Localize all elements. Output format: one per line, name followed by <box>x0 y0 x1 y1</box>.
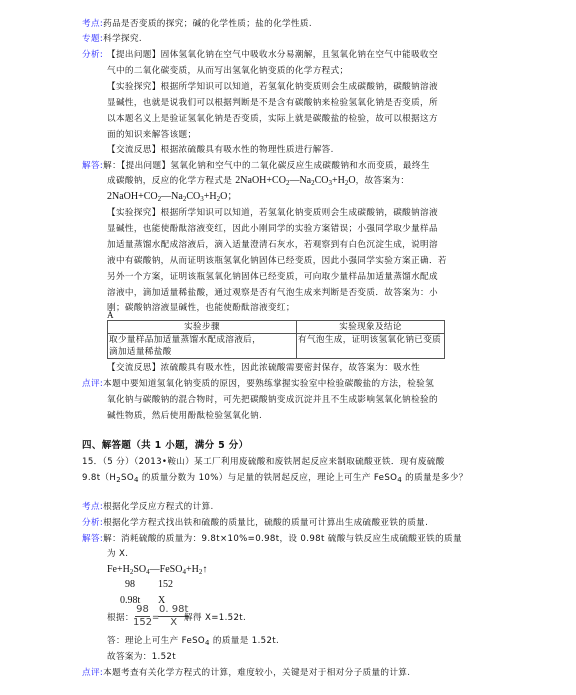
fenxi-line: 【交流反思】根据浓硫酸具有吸水性的物理性质进行解答. <box>107 144 334 156</box>
table-header-row: 实验步骤 实验现象及结论 <box>108 321 445 334</box>
fenxi-text: 根据化学方程式找出铁和硫酸的质量比，硫酸的质量可计算出生成硫酸亚铁的质量. <box>103 518 428 528</box>
dianping-text: 本题考查有关化学方程式的计算，难度较小，关键是对于相对分子质量的计算. <box>103 668 410 678</box>
experiment-table: 实验步骤 实验现象及结论 取少量样品加适量蒸馏水配成溶液后， 滴加适量稀盐酸 有… <box>107 320 445 359</box>
table-header: 实验步骤 <box>108 321 297 334</box>
dianping-line: 碱性物质，然后使用酚酞检验氢氧化钠. <box>107 410 262 422</box>
jieda-text: 解：消耗硫酸的质量为：9.8t×10%=0.98t，设 0.98t 硫酸与铁反应… <box>103 534 462 544</box>
kaodian-text: 药品是否变质的探究；碱的化学性质；盐的化学性质. <box>103 19 312 29</box>
jieda-row: 解答:解：消耗硫酸的质量为：9.8t×10%=0.98t，设 0.98t 硫酸与… <box>82 533 462 545</box>
jieda-label: 解答: <box>82 161 103 171</box>
jieda-label: 解答: <box>82 534 103 544</box>
kaodian-label: 考点: <box>82 19 103 29</box>
experiment-line: 溶液中，滴加适量稀盐酸，通过观察是否有气泡生成来判断是否变质．故答案为：小 <box>107 287 438 299</box>
genju-label: 根据： <box>107 612 134 624</box>
jieda-row: 解答:解：【提出问题】氢氧化钠和空气中的二氧化碳反应生成碳酸钠和水而变质，最终生 <box>82 160 430 172</box>
fenxi-label: 分析: <box>82 518 103 528</box>
kaodian-row: 考点:根据化学反应方程式的计算. <box>82 501 214 513</box>
zhuanti-label: 专题: <box>82 34 103 44</box>
experiment-line: 液中有碳酸钠，从而证明该瓶氢氧化钠固体已经变质，因此小强同学实验方案正确．若 <box>107 255 447 267</box>
experiment-line: 加适量蒸馏水配成溶液后，滴入适量澄清石灰水，若观察到有白色沉淀生成，说明溶 <box>107 239 438 251</box>
table-cell-step: 取少量样品加适量蒸馏水配成溶液后， 滴加适量稀盐酸 <box>108 334 297 359</box>
answer-line: 答：理论上可生产 FeSO4 的质量是 1.52t. <box>107 635 279 647</box>
ratio-value: 98 <box>125 579 135 591</box>
dianping-label: 点评: <box>82 379 103 389</box>
kaodian-text: 根据化学反应方程式的计算. <box>103 502 213 512</box>
table-row: 取少量样品加适量蒸馏水配成溶液后， 滴加适量稀盐酸 有气泡生成，证明该氢氧化钠已… <box>108 334 445 359</box>
reflection-line: 【交流反思】浓硫酸具有吸水性，因此浓硫酸需要密封保存，故答案为：吸水性 <box>107 362 420 374</box>
kaodian-row: 考点:药品是否变质的探究；碱的化学性质；盐的化学性质. <box>82 18 312 30</box>
question-line-2: 9.8t（H2SO4 的质量分数为 10%）与足量的铁屑起反应，理论上可生产 F… <box>82 472 468 484</box>
jieda-line-2: 成碳酸钠，反应的化学方程式是 2NaOH+CO2—Na2CO3+H2O，故答案为… <box>107 175 409 187</box>
fenxi-line: 气中的二氧化碳变质，从而写出氢氧化钠变质的化学方程式； <box>107 65 348 77</box>
fenxi-line: 【提出问题】固体氢氧化钠在空气中吸收水分易潮解，且氢氧化钠在空气中能吸收空 <box>107 49 438 61</box>
zhuanti-row: 专题:科学探究. <box>82 33 142 45</box>
dianping-label: 点评: <box>82 668 103 678</box>
table-header: 实验现象及结论 <box>297 321 445 334</box>
solve-text: 解得 X=1.52t. <box>184 612 246 624</box>
ratio-value: 152 <box>158 579 173 591</box>
fenxi-line: 显碱性，也就是说我们可以根据判断是不是含有碳酸钠来检验氢氧化钠是否变质，所 <box>107 97 438 109</box>
fenxi-label-row: 分析: <box>82 49 103 61</box>
dianping-line: 氧化钠与碳酸钠的混合物时，可先把碳酸钠变成沉淀并且不生成影响氢氧化钠检验的 <box>107 394 438 406</box>
experiment-line: 【实验探究】根据所学知识可以知道，若氢氧化钠变质则会生成碳酸钠，碳酸钠溶液 <box>107 207 438 219</box>
dianping-text: 本题中要知道氢氧化钠变质的原因，要熟练掌握实验室中检验碳酸盐的方法，检验氢 <box>103 379 434 389</box>
jieda-text: 解：【提出问题】氢氧化钠和空气中的二氧化碳反应生成碳酸钠和水而变质，最终生 <box>103 161 430 171</box>
chemical-equation: 2NaOH+CO2—Na2CO3+H2O <box>235 175 355 186</box>
table-cell-result: 有气泡生成，证明该氢氧化钠已变质 <box>297 334 445 359</box>
chemical-equation: 2NaOH+CO2—Na2CO3+H2O； <box>107 191 237 203</box>
fenxi-label: 分析: <box>82 50 103 60</box>
fenxi-line: 以本题名义上是验证氢氧化钠是否变质，实际上就是碳酸盐的检验，故可以根据这方 <box>107 113 438 125</box>
kaodian-label: 考点: <box>82 502 103 512</box>
jieda-text: 成碳酸钠，反应的化学方程式是 <box>107 176 235 186</box>
fenxi-line: 【实验探究】根据所学知识可以知道，若氢氧化钠变质则会生成碳酸钠，碳酸钠溶液 <box>107 81 438 93</box>
jieda-text: ，故答案为： <box>356 176 410 186</box>
zhuanti-text: 科学探究. <box>103 34 142 44</box>
experiment-line: 另外一个方案，证明该瓶氢氧化钠固体已经变质，可向取少量样品加适量蒸馏水配成 <box>107 271 438 283</box>
final-answer: 故答案为：1.52t <box>107 651 176 663</box>
question-line-1: 15．（5 分）（2013•鞍山）某工厂利用废硫酸和废铁屑起反应来制取硫酸亚铁．… <box>82 456 445 468</box>
section-heading: 四、解答题（共 1 小题，满分 5 分） <box>82 440 248 452</box>
document-page: 考点:药品是否变质的探究；碱的化学性质；盐的化学性质. 专题:科学探究. 分析:… <box>0 0 576 695</box>
experiment-line: 显碱性，也能使酚酞溶液变红，因此小刚同学的实验方案错误；小强同学取少量样品 <box>107 223 438 235</box>
fraction: 98 152 <box>133 604 152 629</box>
jieda-line: 为 X. <box>107 548 128 560</box>
fenxi-row: 分析:根据化学方程式找出铁和硫酸的质量比，硫酸的质量可计算出生成硫酸亚铁的质量. <box>82 517 428 529</box>
dianping-row: 点评:本题考查有关化学方程式的计算，难度较小，关键是对于相对分子质量的计算. <box>82 667 410 679</box>
chemical-equation: Fe+H2SO4—FeSO4+H2↑ <box>107 564 207 576</box>
fenxi-line: 面的知识来解答该题； <box>107 129 196 141</box>
experiment-line: 刚；碳酸钠溶液显碱性，也能使酚酞溶液变红； <box>107 302 295 314</box>
dianping-row: 点评:本题中要知道氢氧化钠变质的原因，要熟练掌握实验室中检验碳酸盐的方法，检验氢 <box>82 378 434 390</box>
